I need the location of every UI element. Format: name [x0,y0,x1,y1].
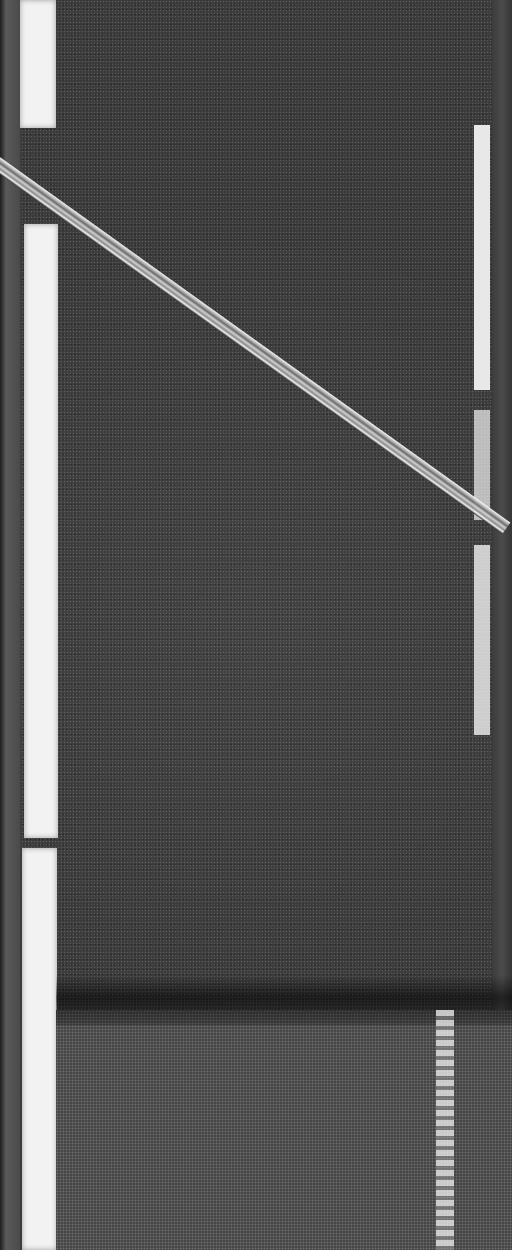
right-dashed-line-segment [474,545,490,735]
left-lane-line-segment [20,0,56,128]
left-lane-line-segment [24,224,58,838]
right-dashed-line-segment [474,125,490,390]
left-shoulder [0,0,20,1250]
pavement-scene [0,0,512,1250]
lower-worn-lane-line [436,1010,454,1250]
left-lane-line-segment [22,848,57,1250]
